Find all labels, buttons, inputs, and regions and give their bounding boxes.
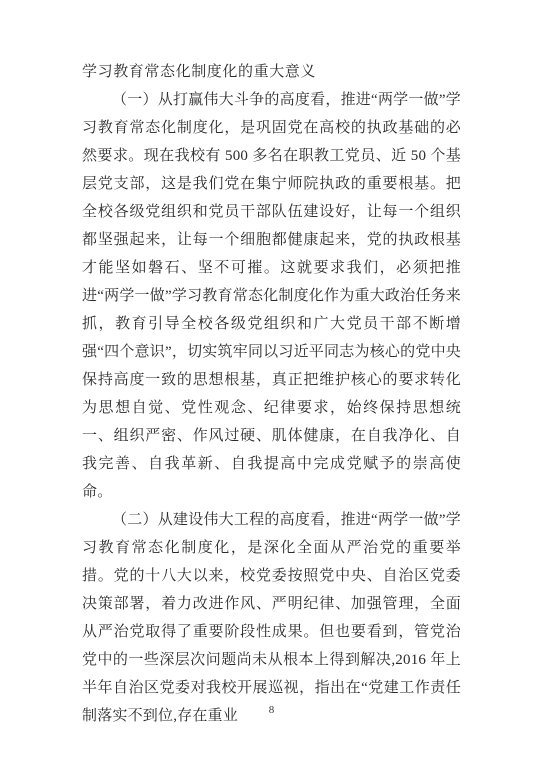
paragraph-1: （一）从打赢伟大斗争的高度看，推进“两学一做”学习教育常态化制度化，是巩固党在高… xyxy=(82,86,461,506)
document-page: 学习教育常态化制度化的重大意义 （一）从打赢伟大斗争的高度看，推进“两学一做”学… xyxy=(0,0,541,768)
page-number: 8 xyxy=(82,704,461,716)
document-title: 学习教育常态化制度化的重大意义 xyxy=(82,58,461,86)
paragraph-2: （二）从建设伟大工程的高度看，推进“两学一做”学习教育常态化制度化，是深化全面从… xyxy=(82,506,461,730)
document-body: 学习教育常态化制度化的重大意义 （一）从打赢伟大斗争的高度看，推进“两学一做”学… xyxy=(82,58,461,730)
